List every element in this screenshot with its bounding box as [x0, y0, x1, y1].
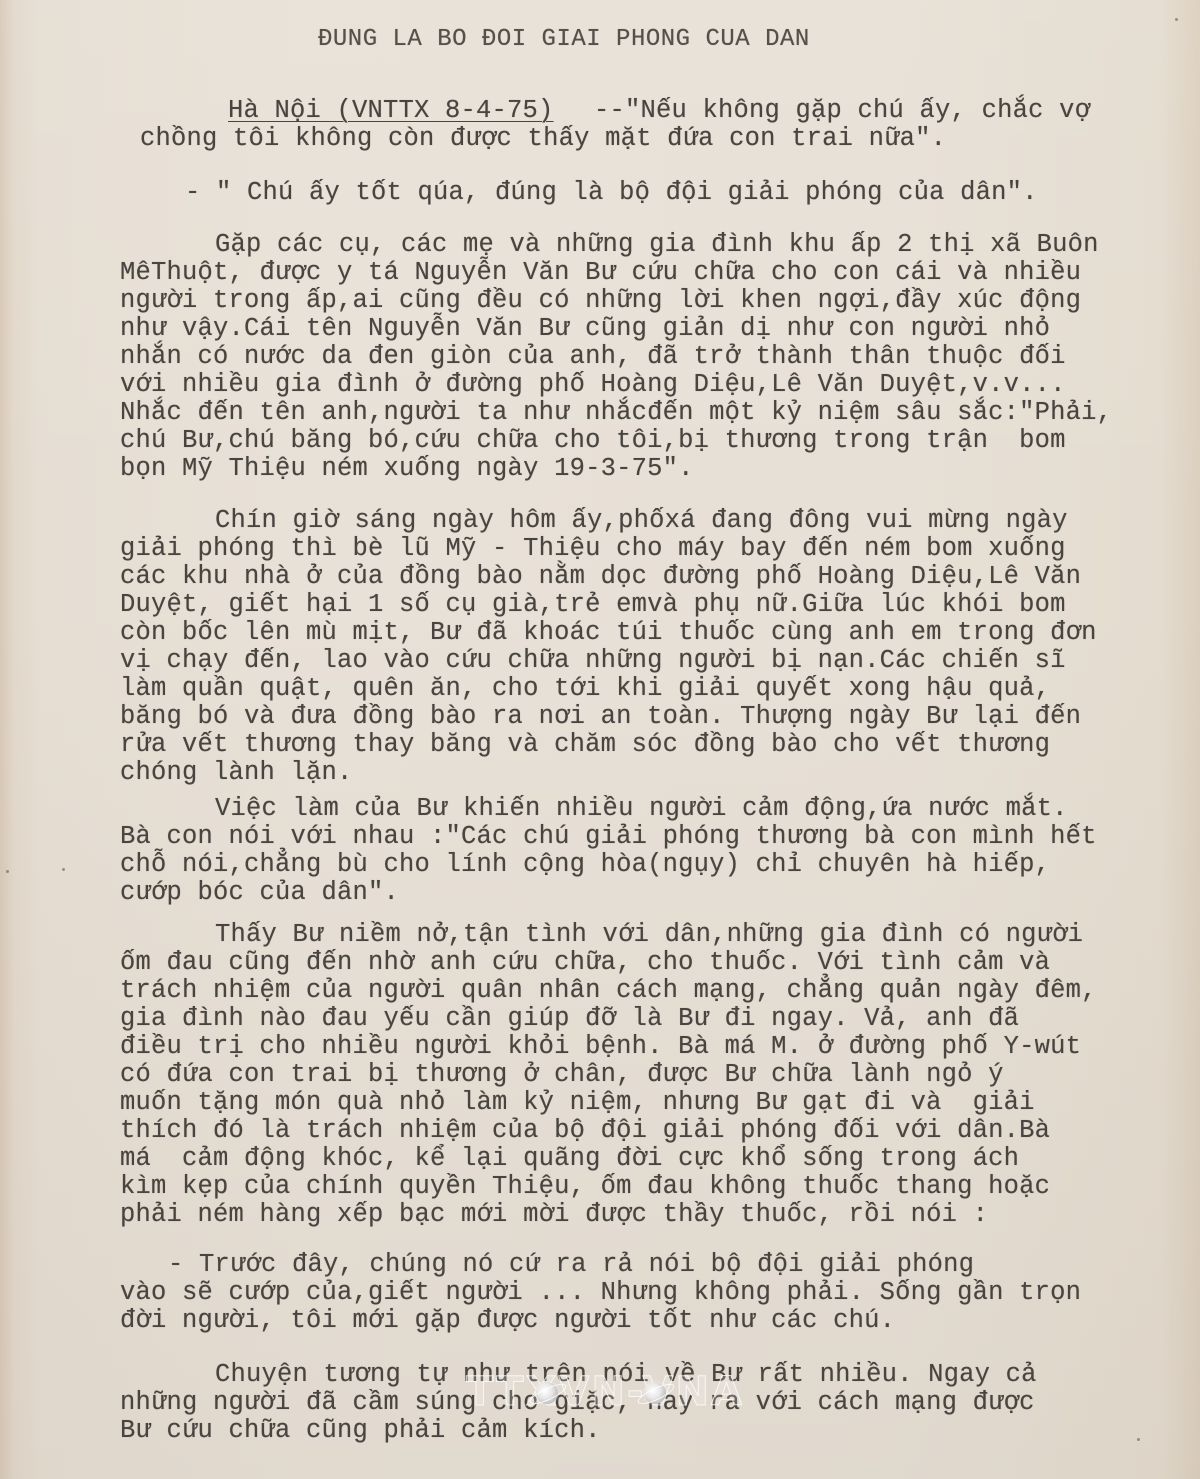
- text-line: chóng lành lặn.: [120, 760, 353, 786]
- paper-speck: [1137, 1438, 1140, 1441]
- text-line: muốn tặng món quà nhỏ làm kỷ niệm, nhưng…: [120, 1090, 1035, 1116]
- text-line: trách nhiệm của người quân nhân cách mạn…: [120, 978, 1097, 1004]
- text-line: còn bốc lên mù mịt, Bư đã khoác túi thuố…: [120, 620, 1097, 646]
- text-line: má cảm động khóc, kể lại quãng đời cực k…: [120, 1146, 1019, 1172]
- text-line: chỗ nói,chẳng bù cho lính cộng hòa(ngụy)…: [120, 852, 1050, 878]
- text-line: người trong ấp,ai cũng đều có những lời …: [120, 288, 1081, 314]
- dateline: Hà Nội (VNTTX 8-4-75): [228, 98, 554, 124]
- text-line: Nhắc đến tên anh,người ta như nhắcđến mộ…: [120, 400, 1112, 426]
- text-line: phải ném hàng xếp bạc mới mời được thầy …: [120, 1202, 988, 1228]
- globe-logo-icon: [644, 1382, 666, 1404]
- text-line: --"Nếu không gặp chú ấy, chắc vợ: [563, 98, 1090, 124]
- text-line: - Trước đây, chúng nó cứ ra rả nói bộ độ…: [168, 1252, 974, 1278]
- text-line: có đứa con trai bị thương ở chân, được B…: [120, 1062, 1004, 1088]
- text-line: kìm kẹp của chính quyền Thiệu, ốm đau kh…: [120, 1174, 1050, 1200]
- text-line: cướp bóc của dân".: [120, 880, 399, 906]
- text-line: thích đó là trách nhiệm của bộ đội giải …: [120, 1118, 1050, 1144]
- text-line: chồng tôi không còn được thấy mặt đứa co…: [140, 126, 946, 152]
- text-line: Chuyện tương tự như trên nói về Bư rất n…: [215, 1362, 1037, 1388]
- text-line: đời người, tôi mới gặp được người tốt nh…: [120, 1308, 895, 1334]
- text-line: như vậy.Cái tên Nguyễn Văn Bư cũng giản …: [120, 316, 1050, 342]
- text-line: bọn Mỹ Thiệu ném xuống ngày 19-3-75".: [120, 456, 694, 482]
- document-title: ĐUNG LA BO ĐOI GIAI PHONG CUA DAN: [318, 28, 810, 52]
- text-line: Việc làm của Bư khiến nhiều người cảm độ…: [215, 796, 1068, 822]
- text-line: các khu nhà ở của đồng bào nằm dọc đường…: [120, 564, 1081, 590]
- text-line: Duyệt, giết hại 1 số cụ già,trẻ emvà phụ…: [120, 592, 1066, 618]
- text-line: điều trị cho nhiều người khỏi bệnh. Bà m…: [120, 1034, 1081, 1060]
- text-line: vị chạy đến, lao vào cứu chữa những ngườ…: [120, 648, 1066, 674]
- paper-speck: [62, 868, 65, 871]
- text-line: Thấy Bư niềm nở,tận tình với dân,những g…: [215, 922, 1083, 948]
- paper-speck: [1175, 18, 1178, 21]
- text-line: - " Chú ấy tốt qúa, đúng là bộ đội giải …: [185, 180, 1038, 206]
- text-line: Bà con nói với nhau :"Các chú giải phóng…: [120, 824, 1097, 850]
- text-line: băng bó và đưa đồng bào ra nơi an toàn. …: [120, 704, 1081, 730]
- text-line: MêThuột, được y tá Nguyễn Văn Bư cứu chữ…: [120, 260, 1081, 286]
- scanned-document-page: ĐUNG LA BO ĐOI GIAI PHONG CUA DAN Hà Nội…: [0, 0, 1200, 1479]
- text-line: Chín giờ sáng ngày hôm ấy,phốxá đang đôn…: [215, 508, 1068, 534]
- text-line: giải phóng thì bè lũ Mỹ - Thiệu cho máy …: [120, 536, 1066, 562]
- paper-speck: [6, 870, 9, 873]
- text-line: với nhiều gia đình ở đường phố Hoàng Diệ…: [120, 372, 1066, 398]
- text-line: rửa vết thương thay băng và chăm sóc đồn…: [120, 732, 1050, 758]
- text-line: chú Bư,chú băng bó,cứu chữa cho tôi,bị t…: [120, 428, 1066, 454]
- text-line: gia đình nào đau yếu cần giúp đỡ là Bư đ…: [120, 1006, 1019, 1032]
- text-line: vào sẽ cướp của,giết người ... Nhưng khô…: [120, 1280, 1081, 1306]
- globe-logo-icon: [536, 1382, 558, 1404]
- text-line: Gặp các cụ, các mẹ và những gia đình khu…: [215, 232, 1099, 258]
- text-line: làm quần quật, quên ăn, cho tới khi giải…: [120, 676, 1050, 702]
- text-line: nhắn có nước da đen giòn của anh, đã trở…: [120, 344, 1066, 370]
- text-line: Bư cứu chữa cũng phải cảm kích.: [120, 1418, 601, 1444]
- text-line: những người đã cầm súng cho giặc, nay ra…: [120, 1390, 1035, 1416]
- text-line: ốm đau cũng đến nhờ anh cứu chữa, cho th…: [120, 950, 1050, 976]
